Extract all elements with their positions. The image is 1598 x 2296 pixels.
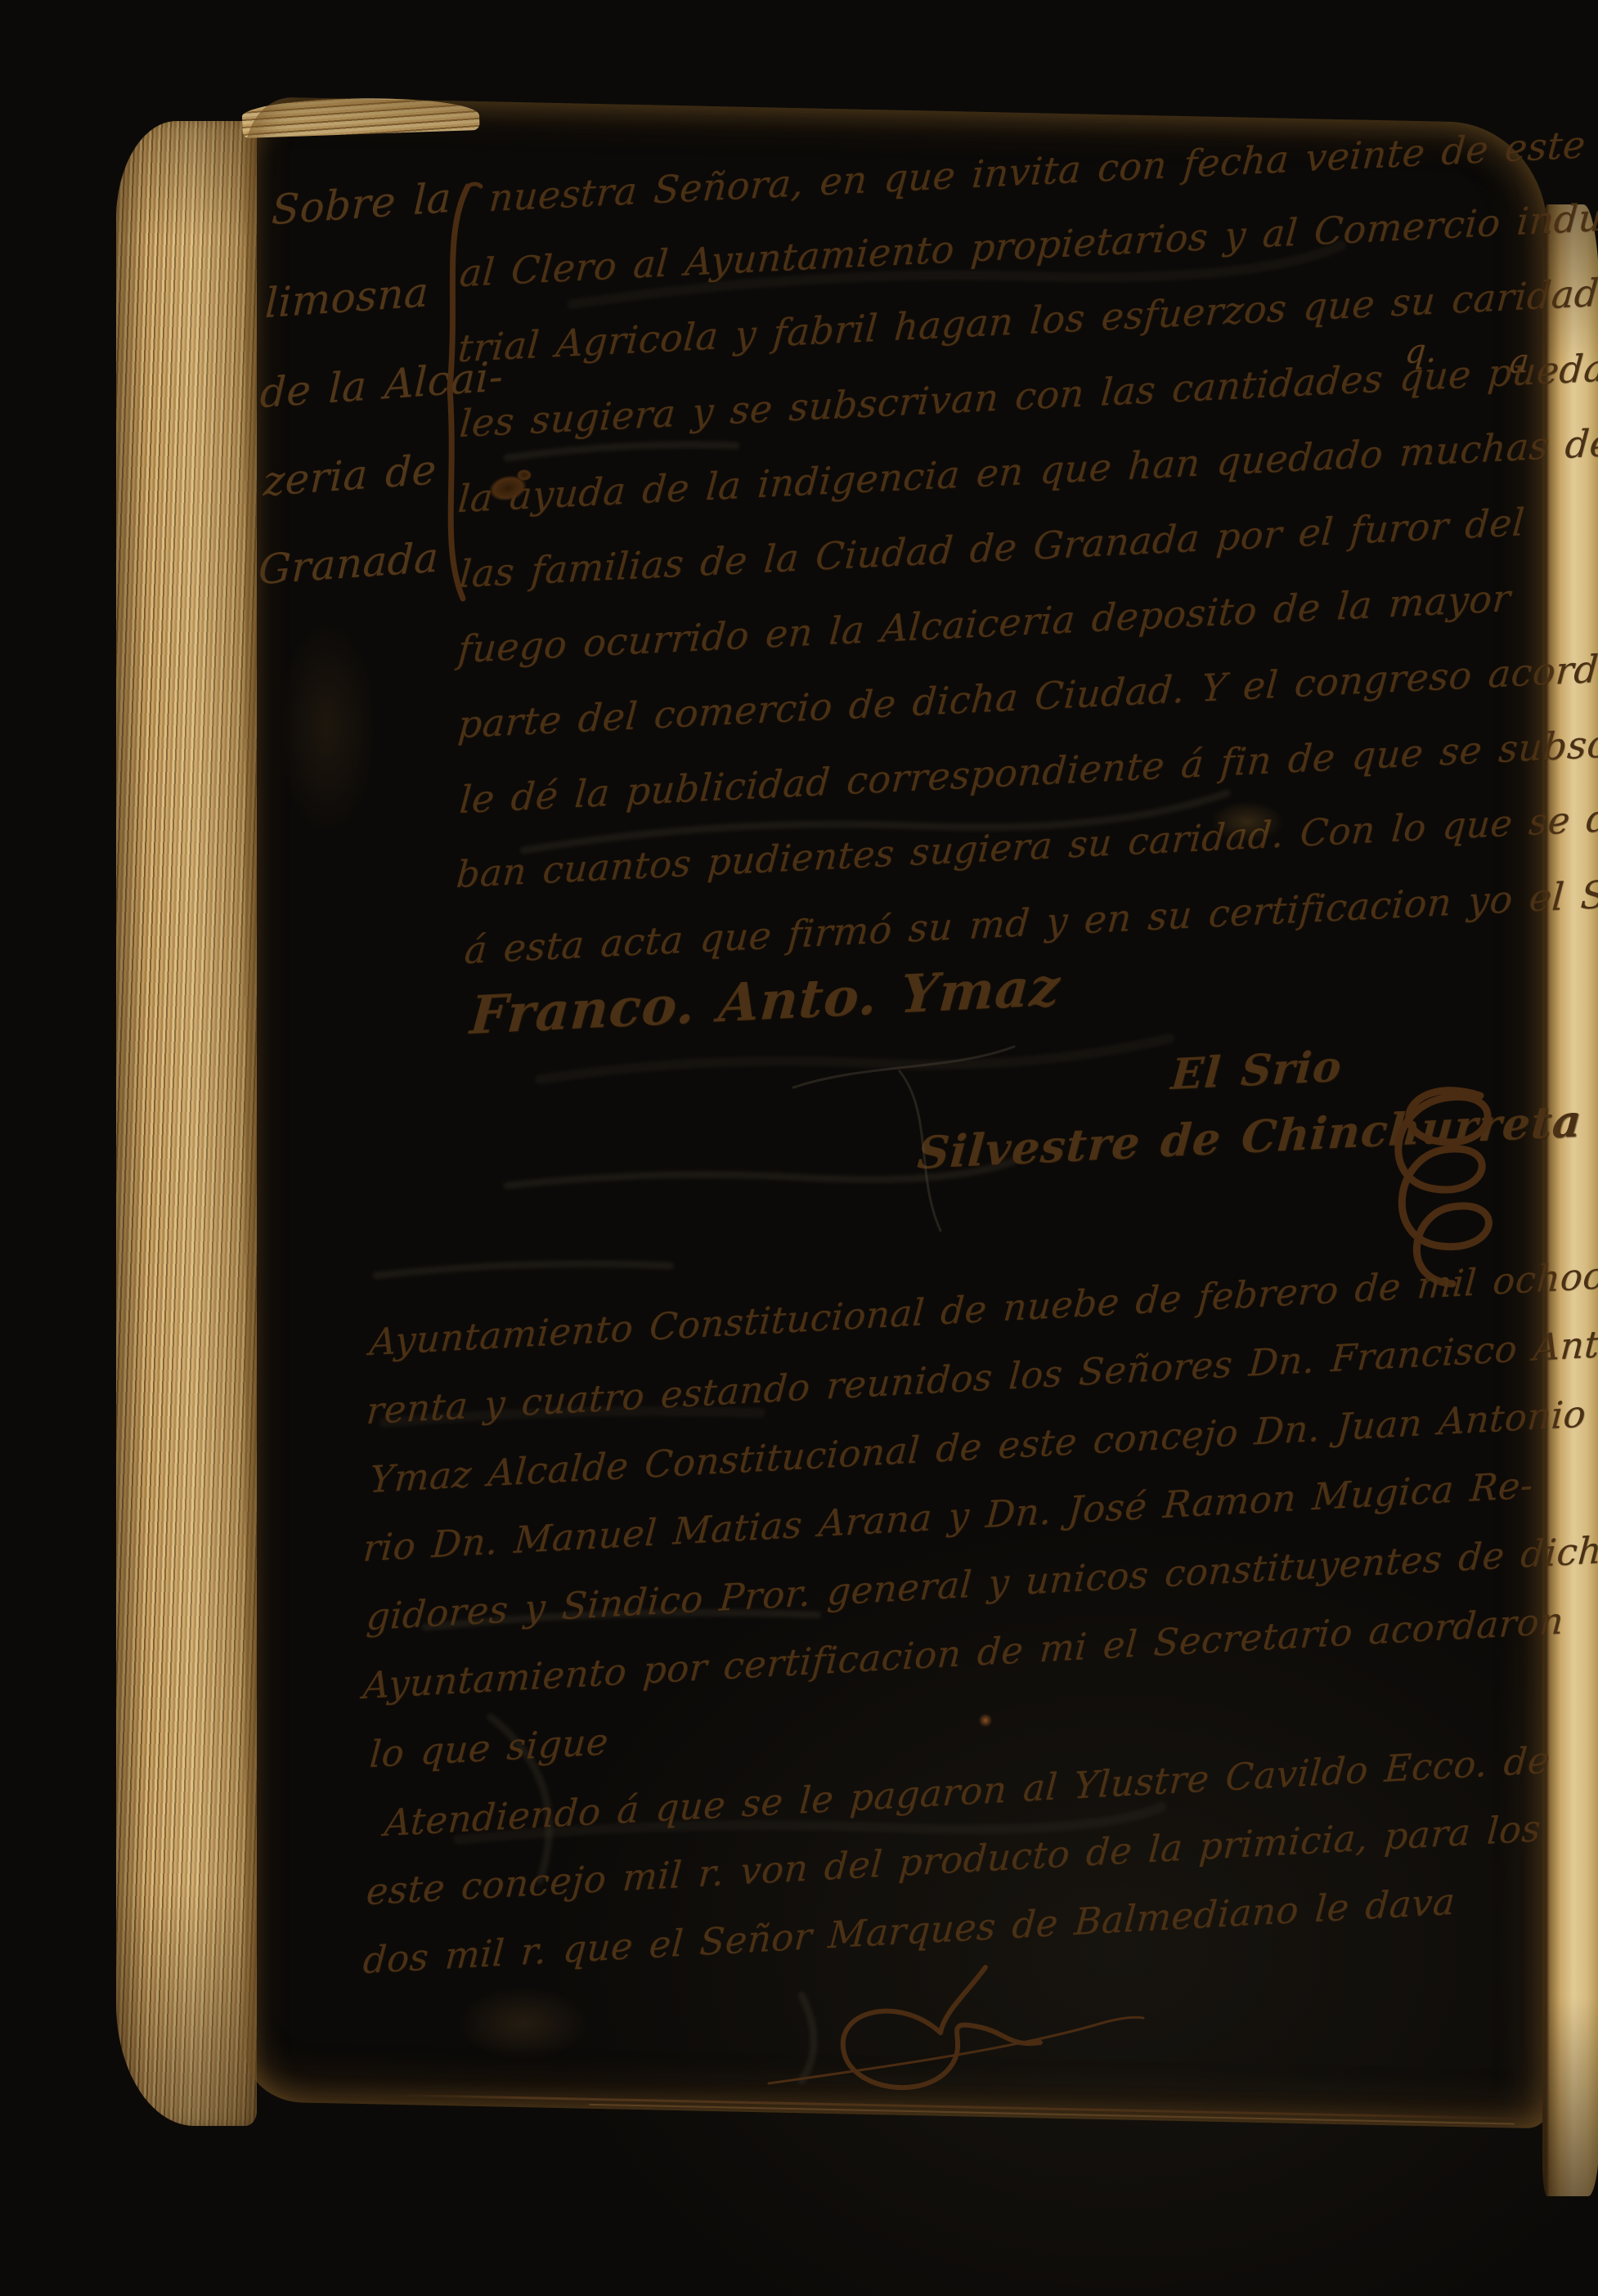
closing-rubric-flourish (736, 1962, 1194, 2118)
manuscript-photo: Sobre la limosna de la Alcai- zeria de G… (0, 0, 1598, 2296)
edge-stain (278, 621, 376, 834)
interlinear-mark: q. (1403, 332, 1439, 371)
rust-spot (978, 1714, 993, 1727)
margin-brace-icon (425, 182, 484, 607)
ink-blot-small (517, 469, 532, 481)
stain (1210, 801, 1284, 842)
interlinear-mark: a (1508, 343, 1531, 381)
foxing (458, 1987, 589, 2061)
pencil-flourish (769, 1038, 1047, 1243)
secretary-title: El Srio (1169, 1042, 1344, 1100)
